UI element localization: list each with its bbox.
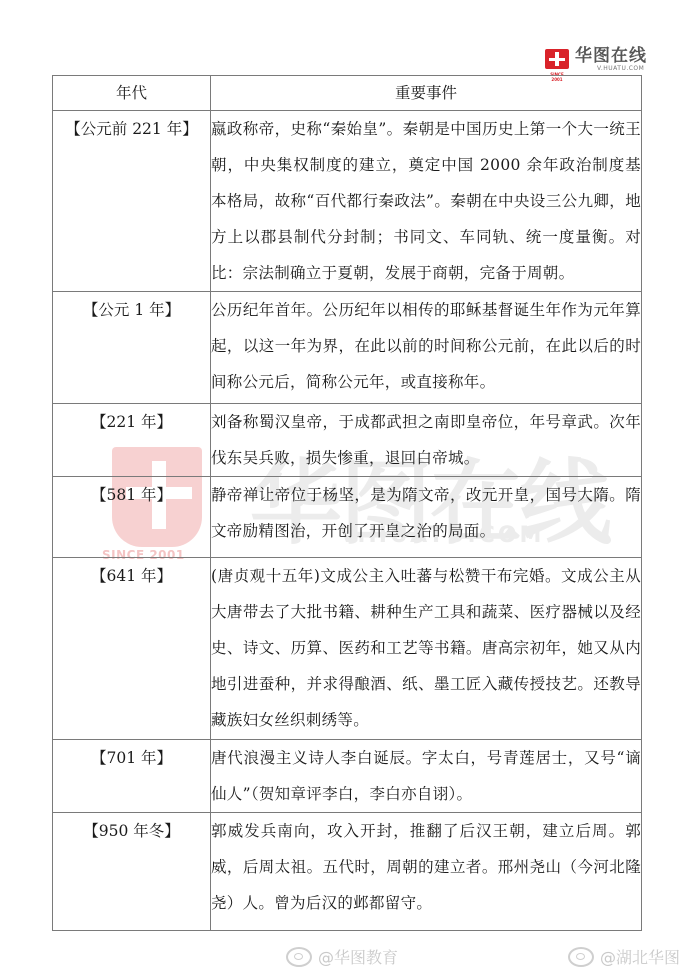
table-row: 【701 年】 唐代浪漫主义诗人李白诞辰。字太白，号青莲居士，又号“谪仙人”（贺…	[53, 740, 642, 813]
table-row: 【950 年冬】 郭威发兵南向，攻入开封，推翻了后汉王朝，建立后周。郭威，后周太…	[53, 813, 642, 931]
row-year: 【公元 1 年】	[53, 292, 211, 404]
logo-url: V.HUATU.COM	[597, 65, 647, 73]
row-year: 【950 年冬】	[53, 813, 211, 931]
row-event: 嬴政称帝，史称“秦始皇”。秦朝是中国历史上第一个大一统王朝，中央集权制度的建立，…	[211, 111, 642, 292]
huatu-logo: SINCE 2001 华图在线 V.HUATU.COM	[545, 47, 647, 75]
weibo-watermark-left: @华图教育	[286, 945, 398, 968]
row-year: 【641 年】	[53, 558, 211, 740]
row-year: 【701 年】	[53, 740, 211, 813]
row-event: 刘备称蜀汉皇帝，于成都武担之南即皇帝位，年号章武。次年伐东吴兵败，损失惨重，退回…	[211, 404, 642, 477]
weibo-handle-left: @华图教育	[318, 945, 398, 968]
row-event: (唐贞观十五年)文成公主入吐蕃与松赞干布完婚。文成公主从大唐带去了大批书籍、耕种…	[211, 558, 642, 740]
table-row: 【641 年】 (唐贞观十五年)文成公主入吐蕃与松赞干布完婚。文成公主从大唐带去…	[53, 558, 642, 740]
row-event: 郭威发兵南向，攻入开封，推翻了后汉王朝，建立后周。郭威，后周太祖。五代时，周朝的…	[211, 813, 642, 931]
huatu-logo-mark-icon: SINCE 2001	[545, 49, 569, 69]
table-row: 【221 年】 刘备称蜀汉皇帝，于成都武担之南即皇帝位，年号章武。次年伐东吴兵败…	[53, 404, 642, 477]
row-event: 静帝禅让帝位于杨坚，是为隋文帝，改元开皇，国号大隋。隋文帝励精图治，开创了开皇之…	[211, 477, 642, 558]
weibo-handle-right: @湖北华图	[600, 945, 680, 968]
row-year: 【公元前 221 年】	[53, 111, 211, 292]
table-row: 【公元前 221 年】 嬴政称帝，史称“秦始皇”。秦朝是中国历史上第一个大一统王…	[53, 111, 642, 292]
logo-text: 华图在线 V.HUATU.COM	[575, 47, 647, 73]
row-event: 公历纪年首年。公历纪年以相传的耶稣基督诞生年作为元年算起，以这一年为界，在此以前…	[211, 292, 642, 404]
table-row: 【581 年】 静帝禅让帝位于杨坚，是为隋文帝，改元开皇，国号大隋。隋文帝励精图…	[53, 477, 642, 558]
logo-name: 华图在线	[575, 47, 647, 65]
weibo-icon	[568, 947, 594, 967]
events-table: 年代 重要事件 【公元前 221 年】 嬴政称帝，史称“秦始皇”。秦朝是中国历史…	[52, 75, 642, 931]
header-year: 年代	[53, 76, 211, 111]
header-event: 重要事件	[211, 76, 642, 111]
weibo-icon	[286, 947, 312, 967]
row-event: 唐代浪漫主义诗人李白诞辰。字太白，号青莲居士，又号“谪仙人”（贺知章评李白，李白…	[211, 740, 642, 813]
row-year: 【221 年】	[53, 404, 211, 477]
table-header-row: 年代 重要事件	[53, 76, 642, 111]
table-row: 【公元 1 年】 公历纪年首年。公历纪年以相传的耶稣基督诞生年作为元年算起，以这…	[53, 292, 642, 404]
weibo-watermark-right: @湖北华图	[568, 945, 680, 968]
row-year: 【581 年】	[53, 477, 211, 558]
